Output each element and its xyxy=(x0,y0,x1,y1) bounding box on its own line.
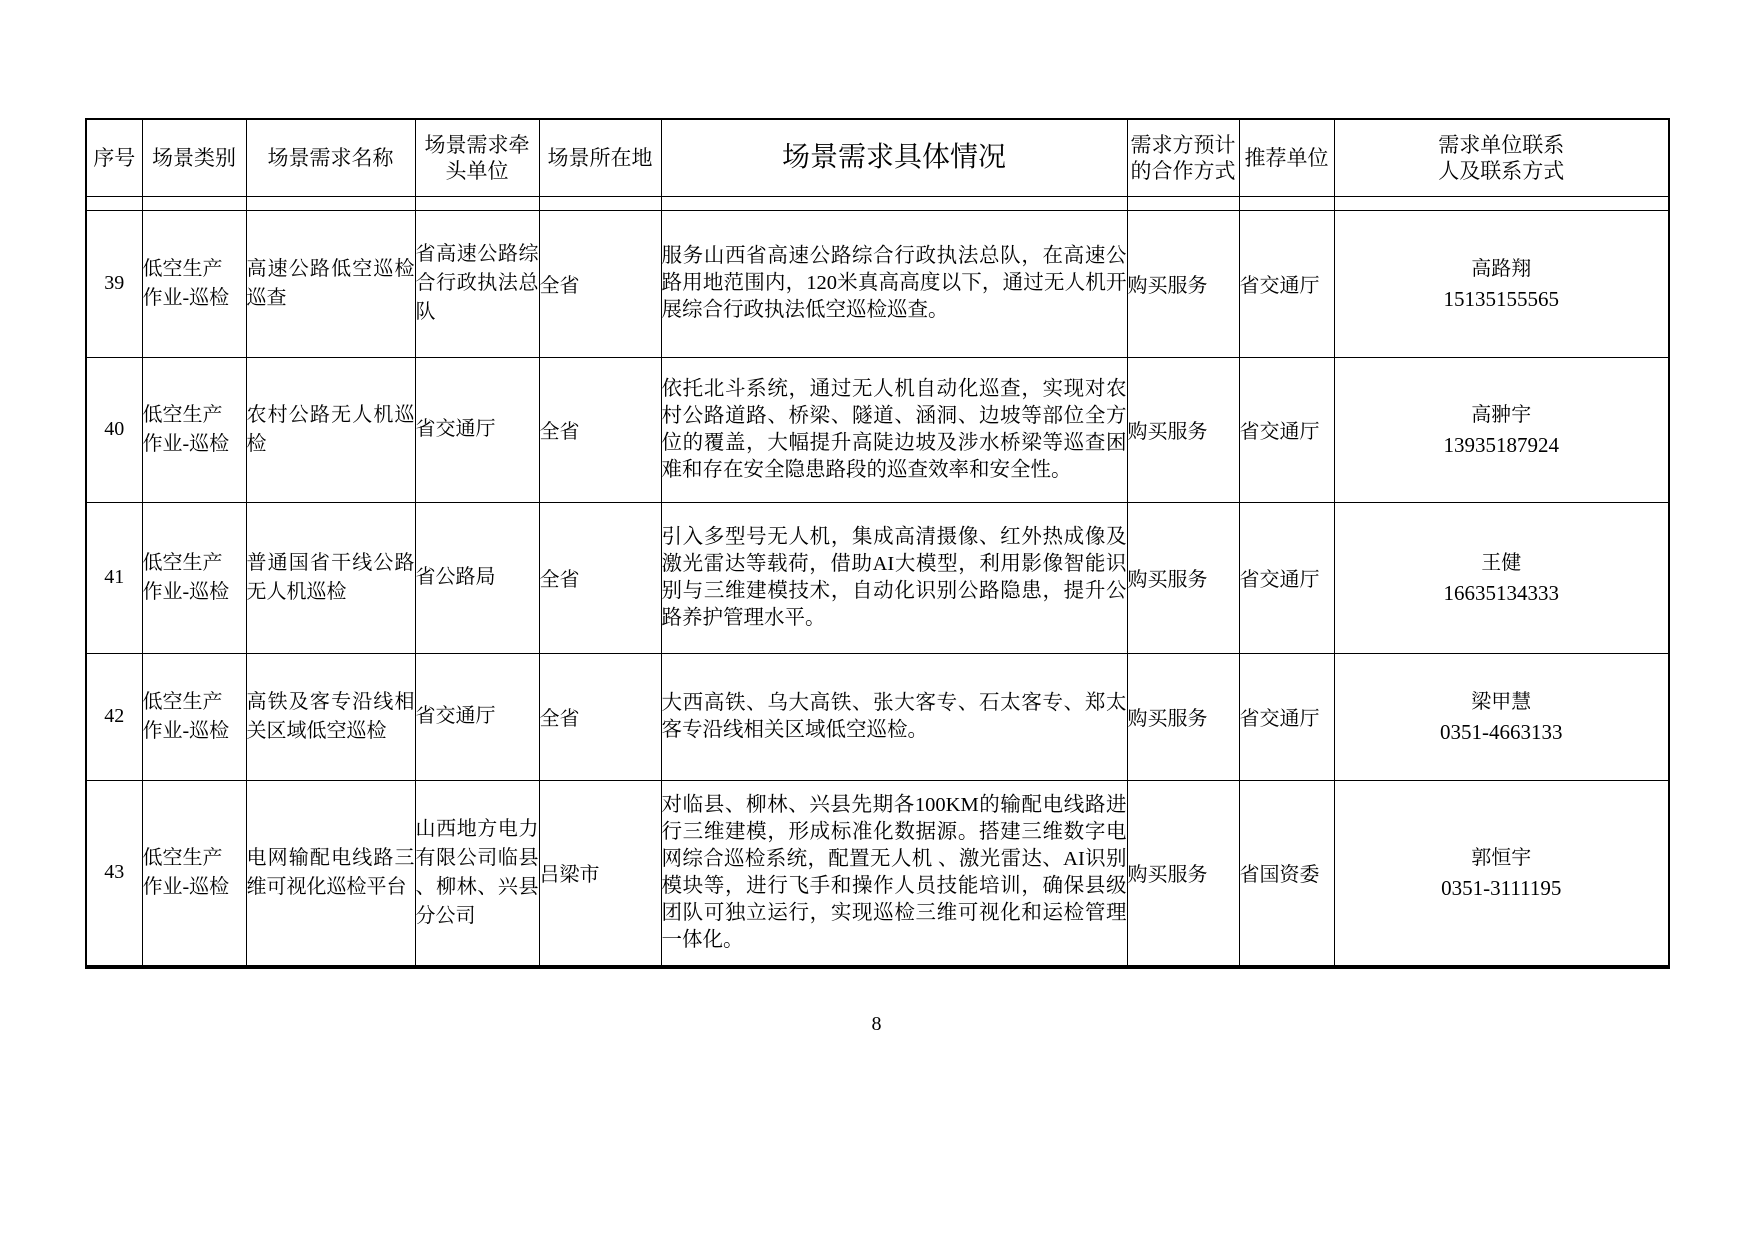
cooperation-cell: 购买服务 xyxy=(1127,780,1239,967)
contact-name: 王健 xyxy=(1335,548,1669,578)
contact-phone: 15135155565 xyxy=(1335,284,1669,314)
contact-phone: 13935187924 xyxy=(1335,430,1669,460)
category-cell: 低空生产 作业-巡检 xyxy=(142,210,246,357)
recommender-cell: 省交通厅 xyxy=(1239,357,1334,502)
scenario-name-cell: 农村公路无人机巡检 xyxy=(246,357,415,502)
spacer-cell xyxy=(1239,196,1334,210)
contact-name: 高翀宇 xyxy=(1335,400,1669,430)
seq-cell: 42 xyxy=(86,653,142,780)
scenario-name-cell: 电网输配电线路三维可视化巡检平台 xyxy=(246,780,415,967)
seq-cell: 43 xyxy=(86,780,142,967)
details-cell: 对临县、柳林、兴县先期各100KM的输配电线路进行三维建模，形成标准化数据源。搭… xyxy=(661,780,1127,967)
table-row: 41 低空生产 作业-巡检 普通国省干线公路无人机巡检 省公路局 全省 引入多型… xyxy=(86,502,1669,653)
details-cell: 大西高铁、乌大高铁、张大客专、石太客专、郑太客专沿线相关区域低空巡检。 xyxy=(661,653,1127,780)
lead-unit-cell: 省公路局 xyxy=(415,502,539,653)
spacer-cell xyxy=(1127,196,1239,210)
table-row: 39 低空生产 作业-巡检 高速公路低空巡检巡查 省高速公路综合行政执法总队 全… xyxy=(86,210,1669,357)
category-cell: 低空生产 作业-巡检 xyxy=(142,502,246,653)
table-header-row: 序号 场景类别 场景需求名称 场景需求牵 头单位 场景所在地 场景需求具体情况 … xyxy=(86,119,1669,196)
recommender-cell: 省交通厅 xyxy=(1239,653,1334,780)
contact-phone: 16635134333 xyxy=(1335,578,1669,608)
contact-name: 高路翔 xyxy=(1335,254,1669,284)
seq-cell: 40 xyxy=(86,357,142,502)
seq-cell: 41 xyxy=(86,502,142,653)
header-details: 场景需求具体情况 xyxy=(661,119,1127,196)
location-cell: 全省 xyxy=(539,653,661,780)
location-cell: 全省 xyxy=(539,357,661,502)
table-row: 40 低空生产 作业-巡检 农村公路无人机巡检 省交通厅 全省 依托北斗系统，通… xyxy=(86,357,1669,502)
spacer-cell xyxy=(539,196,661,210)
scenario-name-cell: 普通国省干线公路无人机巡检 xyxy=(246,502,415,653)
contact-phone: 0351-4663133 xyxy=(1335,717,1669,747)
spacer-cell xyxy=(86,196,142,210)
recommender-cell: 省交通厅 xyxy=(1239,502,1334,653)
category-cell: 低空生产 作业-巡检 xyxy=(142,357,246,502)
scenario-demand-table: 序号 场景类别 场景需求名称 场景需求牵 头单位 场景所在地 场景需求具体情况 … xyxy=(85,118,1670,969)
header-contact: 需求单位联系 人及联系方式 xyxy=(1334,119,1669,196)
contact-cell: 梁甲慧 0351-4663133 xyxy=(1334,653,1669,780)
header-location: 场景所在地 xyxy=(539,119,661,196)
cooperation-cell: 购买服务 xyxy=(1127,653,1239,780)
spacer-cell xyxy=(246,196,415,210)
cooperation-cell: 购买服务 xyxy=(1127,357,1239,502)
lead-unit-cell: 省交通厅 xyxy=(415,653,539,780)
recommender-cell: 省交通厅 xyxy=(1239,210,1334,357)
contact-cell: 郭恒宇 0351-3111195 xyxy=(1334,780,1669,967)
contact-cell: 高路翔 15135155565 xyxy=(1334,210,1669,357)
header-divider-row xyxy=(86,196,1669,210)
header-name: 场景需求名称 xyxy=(246,119,415,196)
details-cell: 服务山西省高速公路综合行政执法总队，在高速公路用地范围内，120米真高高度以下，… xyxy=(661,210,1127,357)
category-cell: 低空生产 作业-巡检 xyxy=(142,780,246,967)
details-cell: 依托北斗系统，通过无人机自动化巡查，实现对农村公路道路、桥梁、隧道、涵洞、边坡等… xyxy=(661,357,1127,502)
lead-unit-cell: 省交通厅 xyxy=(415,357,539,502)
scenario-name-cell: 高速公路低空巡检巡查 xyxy=(246,210,415,357)
lead-unit-cell: 省高速公路综合行政执法总队 xyxy=(415,210,539,357)
header-seq: 序号 xyxy=(86,119,142,196)
recommender-cell: 省国资委 xyxy=(1239,780,1334,967)
details-cell: 引入多型号无人机，集成高清摄像、红外热成像及激光雷达等载荷，借助AI大模型，利用… xyxy=(661,502,1127,653)
header-cooperation: 需求方预计 的合作方式 xyxy=(1127,119,1239,196)
spacer-cell xyxy=(1334,196,1669,210)
scenario-name-cell: 高铁及客专沿线相关区域低空巡检 xyxy=(246,653,415,780)
contact-phone: 0351-3111195 xyxy=(1335,873,1669,903)
header-lead-unit: 场景需求牵 头单位 xyxy=(415,119,539,196)
contact-name: 郭恒宇 xyxy=(1335,843,1669,873)
document-page: 序号 场景类别 场景需求名称 场景需求牵 头单位 场景所在地 场景需求具体情况 … xyxy=(0,0,1753,1240)
lead-unit-cell: 山西地方电力有限公司临县、柳林、兴县分公司 xyxy=(415,780,539,967)
header-category: 场景类别 xyxy=(142,119,246,196)
location-cell: 全省 xyxy=(539,210,661,357)
spacer-cell xyxy=(415,196,539,210)
location-cell: 全省 xyxy=(539,502,661,653)
location-cell: 吕梁市 xyxy=(539,780,661,967)
page-number: 8 xyxy=(0,1013,1753,1036)
category-cell: 低空生产 作业-巡检 xyxy=(142,653,246,780)
contact-cell: 王健 16635134333 xyxy=(1334,502,1669,653)
table-row: 42 低空生产 作业-巡检 高铁及客专沿线相关区域低空巡检 省交通厅 全省 大西… xyxy=(86,653,1669,780)
contact-cell: 高翀宇 13935187924 xyxy=(1334,357,1669,502)
contact-name: 梁甲慧 xyxy=(1335,687,1669,717)
table-row: 43 低空生产 作业-巡检 电网输配电线路三维可视化巡检平台 山西地方电力有限公… xyxy=(86,780,1669,967)
seq-cell: 39 xyxy=(86,210,142,357)
spacer-cell xyxy=(142,196,246,210)
cooperation-cell: 购买服务 xyxy=(1127,210,1239,357)
spacer-cell xyxy=(661,196,1127,210)
cooperation-cell: 购买服务 xyxy=(1127,502,1239,653)
header-recommender: 推荐单位 xyxy=(1239,119,1334,196)
